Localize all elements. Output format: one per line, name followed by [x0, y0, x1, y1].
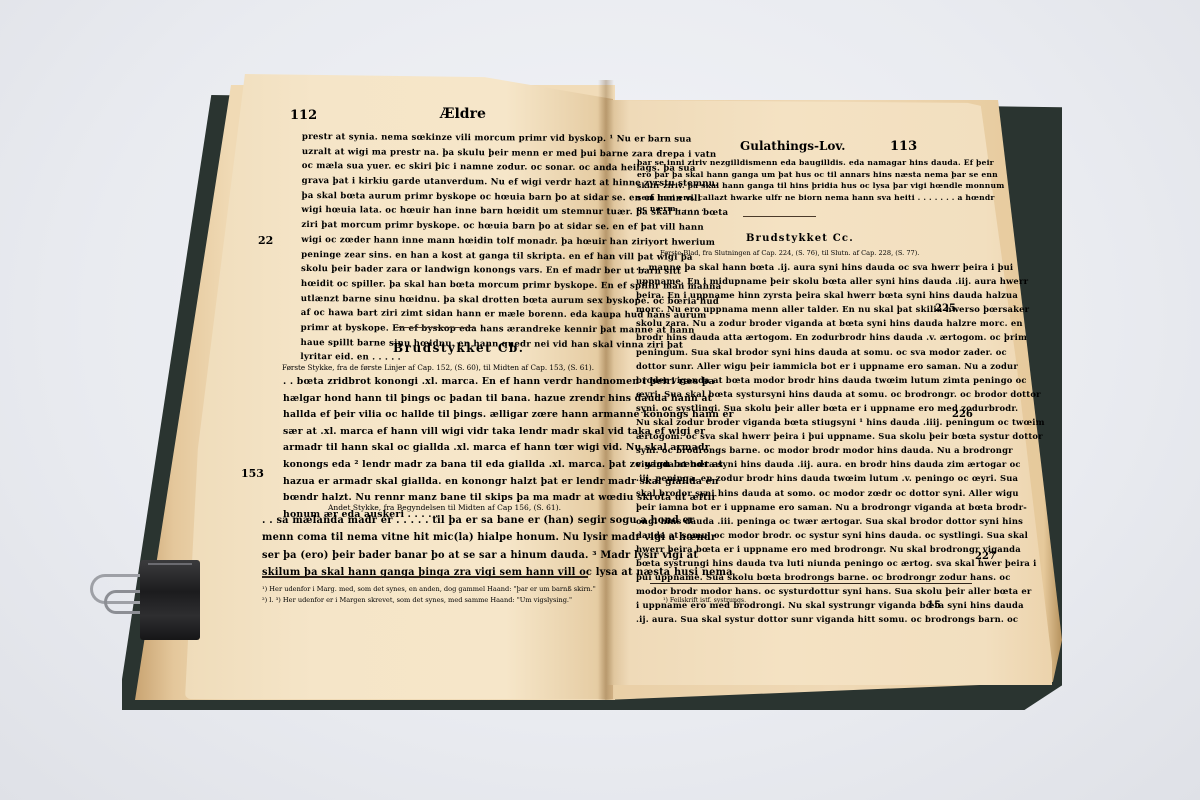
text-line: syni. oc systlingi. Sua skolu þeir aller… [636, 401, 1045, 415]
binder-clip [90, 560, 210, 650]
right-text-block-2: . . manne þa skal hann bœta .ij. aura sy… [636, 260, 1045, 626]
right-running-head: Gulathings-Lov. [740, 139, 845, 153]
margin-number: 226 [952, 409, 973, 420]
text-line: . . manne þa skal hann bœta .ij. aura sy… [636, 260, 1045, 274]
text-line: broder viganda at bœta modor brodr hins … [636, 373, 1045, 387]
clip-body [140, 560, 200, 640]
text-line: uppname. En i midupname þeir skolu bœta … [636, 274, 1045, 288]
margin-number: 153 [241, 467, 264, 480]
right-page-number: 113 [890, 139, 917, 154]
section-divider [743, 216, 816, 217]
margin-number: 227 [975, 551, 996, 562]
photo-scene: 112 Ældre prestr at synia. nema sœkinze … [0, 0, 1200, 800]
footnote-rule [650, 583, 972, 584]
section-subtitle: Første Stykke, fra de første Linjer af C… [282, 363, 594, 372]
footnote-rule [262, 576, 588, 578]
text-line: ero þar þa skal hann ganga um þat hus oc… [637, 169, 1004, 181]
text-line: ærtogom. oc sva skal hwerr þeira i þui u… [636, 429, 1045, 443]
footnote: ¹) Her udenfor i Marg. med, som det syne… [262, 584, 596, 595]
signature-mark: 15 [927, 600, 941, 611]
text-line: skolu zara. Nu a zodur broder viganda at… [636, 316, 1045, 330]
text-line: .ij. aura. Sua skal systur dottor sunr v… [636, 612, 1045, 626]
subsection-subtitle: Andet Stykke, fra Begyndelsen til Midten… [328, 503, 561, 512]
text-line: ongi hins dauda .iii. peninga oc twær ær… [636, 514, 1045, 528]
text-line: skilir ziriv. þa skal hann ganga til hin… [637, 180, 1004, 192]
left-page-number: 112 [290, 108, 317, 123]
text-line: morc. Nu ero uppnama menn aller talder. … [636, 302, 1045, 316]
footnote: ²) l. ³) Her udenfor er i Margen skrevet… [262, 595, 596, 606]
text-line: peningum. Sua skal brodor syni hins daud… [636, 345, 1045, 359]
left-running-head: Ældre [440, 106, 486, 122]
text-line: dottor sunr. Aller wigu þeir iammicla bo… [636, 359, 1045, 373]
text-line: brodr hins dauda atta ærtogom. En zodurb… [636, 330, 1045, 344]
right-footnote: ¹) Feilskrift istf. systrungs. [663, 597, 746, 604]
margin-number: 22 [258, 234, 273, 247]
text-line: sem inni ero. callazt hwarke ulfr ne bio… [637, 192, 1004, 204]
text-line: œyri. Sua skal bœta systursyni hins daud… [636, 387, 1045, 401]
section-title: Brudstykket Cb. [393, 341, 524, 355]
section-divider [395, 327, 475, 328]
right-text-block-1: þar se inni ziriv nezgilldismenn eda bau… [637, 157, 1004, 215]
section-subtitle: Første Blad, fra Slutningen af Cap. 224,… [660, 249, 919, 257]
text-line: oc nærm . . . . . [637, 203, 1004, 215]
text-line: Nu skal zodur broder viganda bœta stiugs… [636, 415, 1045, 429]
left-footnotes: ¹) Her udenfor i Marg. med, som det syne… [262, 584, 596, 606]
section-title: Brudstykket Cc. [746, 233, 854, 244]
text-line: þar se inni ziriv nezgilldismenn eda bau… [637, 157, 1004, 169]
text-line: .iij. peninga. en zodur brodr hins dauda… [636, 471, 1045, 485]
text-line: viganda at bœta syni hins dauda .iij. au… [636, 457, 1045, 471]
text-line: skal brodor syni hins dauda at somo. oc … [636, 486, 1045, 500]
text-line: syni. oc brodrongs barne. oc modor brodr… [636, 443, 1045, 457]
text-line: þeir iamna bot er i uppname ero saman. N… [636, 500, 1045, 514]
margin-number: 225 [935, 303, 956, 314]
text-line: dauda at somu. oc modor brodr. oc systur… [636, 528, 1045, 542]
text-line: þeira. En i uppname hinn zyrsta þeira sk… [636, 288, 1045, 302]
